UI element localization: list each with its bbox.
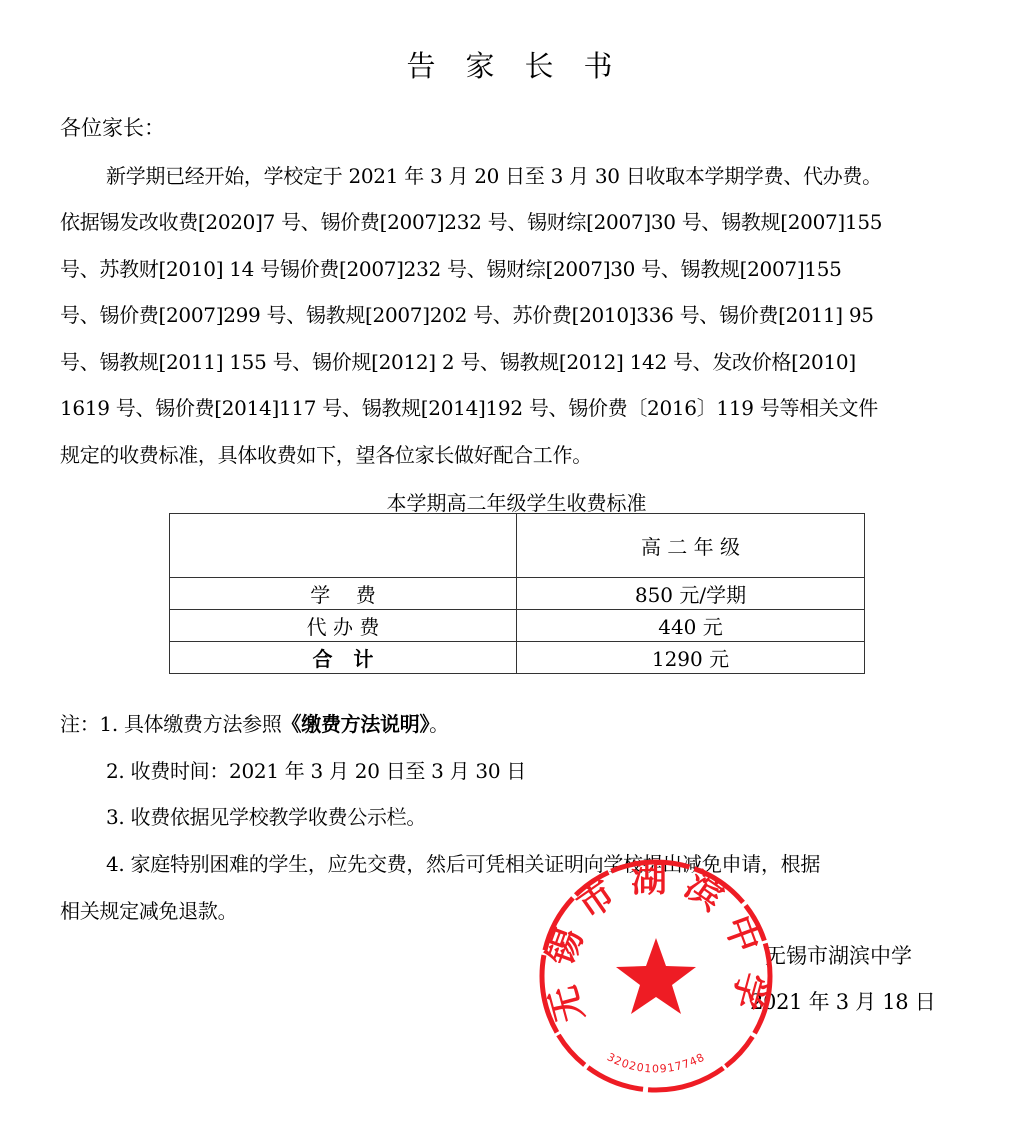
fee-table: 高 二 年 级 学 费 850 元/学期 代 办 费 440 元 合 计 129… bbox=[169, 513, 865, 674]
table-cell-value: 1290 元 bbox=[517, 642, 865, 674]
page-title: 告家长书 bbox=[0, 44, 1019, 85]
body-line: 规定的收费标准，具体收费如下，望各位家长做好配合工作。 bbox=[60, 439, 592, 468]
note-emphasis: 《缴费方法说明》 bbox=[282, 712, 430, 736]
body-line: 号、锡价费[2007]299 号、锡教规[2007]202 号、苏价费[2010… bbox=[60, 299, 874, 328]
body-line: 号、锡教规[2011] 155 号、锡价规[2012] 2 号、锡教规[2012… bbox=[60, 346, 856, 375]
body-line: 依据锡发改收费[2020]7 号、锡价费[2007]232 号、锡财综[2007… bbox=[60, 206, 882, 235]
table-cell-value: 850 元/学期 bbox=[517, 578, 865, 610]
table-header-cell bbox=[170, 514, 517, 578]
body-line: 新学期已经开始，学校定于 2021 年 3 月 20 日至 3 月 30 日收取… bbox=[106, 160, 882, 189]
table-header-row: 高 二 年 级 bbox=[170, 514, 865, 578]
body-line: 号、苏教财[2010] 14 号锡价费[2007]232 号、锡财综[2007]… bbox=[60, 253, 842, 282]
note-item: 注：1. 具体缴费方法参照《缴费方法说明》。 bbox=[60, 708, 449, 737]
signature-school: 无锡市湖滨中学 bbox=[765, 940, 912, 970]
table-row: 学 费 850 元/学期 bbox=[170, 578, 865, 610]
table-header-cell: 高 二 年 级 bbox=[517, 514, 865, 578]
note-item: 相关规定减免退款。 bbox=[60, 895, 237, 924]
table-row: 代 办 费 440 元 bbox=[170, 610, 865, 642]
greeting: 各位家长： bbox=[60, 112, 165, 142]
note-suffix: 。 bbox=[429, 712, 449, 736]
signature-date: 2021 年 3 月 18 日 bbox=[750, 986, 935, 1016]
table-row: 合 计 1290 元 bbox=[170, 642, 865, 674]
note-item: 3. 收费依据见学校教学收费公示栏。 bbox=[106, 801, 426, 830]
note-prefix: 注： bbox=[60, 712, 99, 736]
table-cell-value: 440 元 bbox=[517, 610, 865, 642]
official-seal-icon: 无锡市湖滨中学 3202010917748 bbox=[536, 856, 776, 1096]
note-item: 2. 收费时间：2021 年 3 月 20 日至 3 月 30 日 bbox=[106, 755, 526, 784]
table-cell-item: 合 计 bbox=[170, 642, 517, 674]
svg-text:3202010917748: 3202010917748 bbox=[605, 1050, 707, 1075]
table-cell-item: 代 办 费 bbox=[170, 610, 517, 642]
body-line: 1619 号、锡价费[2014]117 号、锡教规[2014]192 号、锡价费… bbox=[60, 392, 878, 421]
table-cell-item: 学 费 bbox=[170, 578, 517, 610]
note-text: 1. 具体缴费方法参照 bbox=[99, 712, 281, 736]
table-caption: 本学期高二年级学生收费标准 bbox=[0, 487, 1019, 516]
